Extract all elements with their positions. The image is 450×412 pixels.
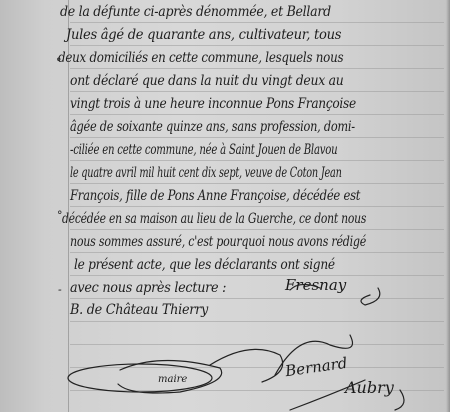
document-page: de la défunte ci-après dénommée, et Bell… [0, 0, 450, 412]
signature-flourishes [0, 0, 450, 412]
